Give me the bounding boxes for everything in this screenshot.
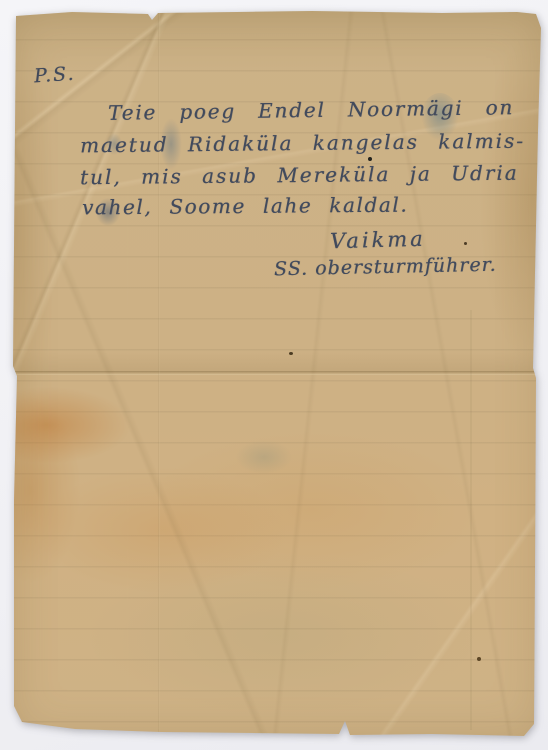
- scanned-letter-background: P.S. Teie poeg Endel Noormägi on maetud …: [0, 0, 548, 750]
- letter-paper: P.S. Teie poeg Endel Noormägi on maetud …: [12, 10, 541, 737]
- letter-paper-shadow: P.S. Teie poeg Endel Noormägi on maetud …: [0, 0, 548, 750]
- paper-edge-vignette: [12, 10, 541, 737]
